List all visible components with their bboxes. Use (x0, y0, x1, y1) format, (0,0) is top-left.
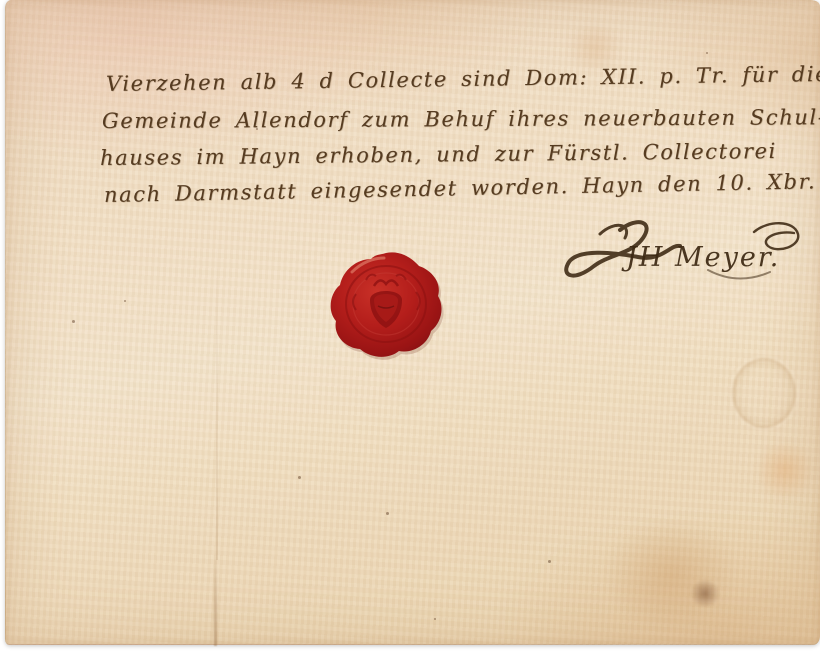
signature: JH Meyer. (558, 214, 814, 298)
wax-seal (322, 250, 452, 362)
signature-text: JH Meyer. (621, 242, 780, 273)
foxing-spot (256, 128, 258, 130)
foxing-spot (386, 512, 389, 515)
signature-flourish-icon: JH Meyer. (558, 214, 814, 298)
document-paper: Vierzehen alb 4 d Collecte sind Dom: XII… (5, 0, 820, 645)
watermark-ring (732, 358, 796, 428)
foxing-spot (124, 300, 126, 302)
paper-stain (690, 580, 720, 607)
foxing-spot (72, 320, 75, 323)
wax-seal-graphic (322, 250, 452, 362)
paper-stain (756, 438, 814, 502)
fold-crease (216, 240, 218, 560)
fold-crease (214, 552, 217, 646)
foxing-spot (434, 618, 436, 620)
foxing-spot (706, 52, 708, 54)
foxing-spot (298, 476, 301, 479)
manuscript-text-block: Vierzehen alb 4 d Collecte sind Dom: XII… (106, 66, 820, 214)
foxing-spot (548, 560, 551, 563)
scan-background: Vierzehen alb 4 d Collecte sind Dom: XII… (0, 0, 820, 658)
paper-stain (604, 518, 738, 630)
manuscript-line: Vierzehen alb 4 d Collecte sind Dom: XII… (106, 56, 820, 103)
